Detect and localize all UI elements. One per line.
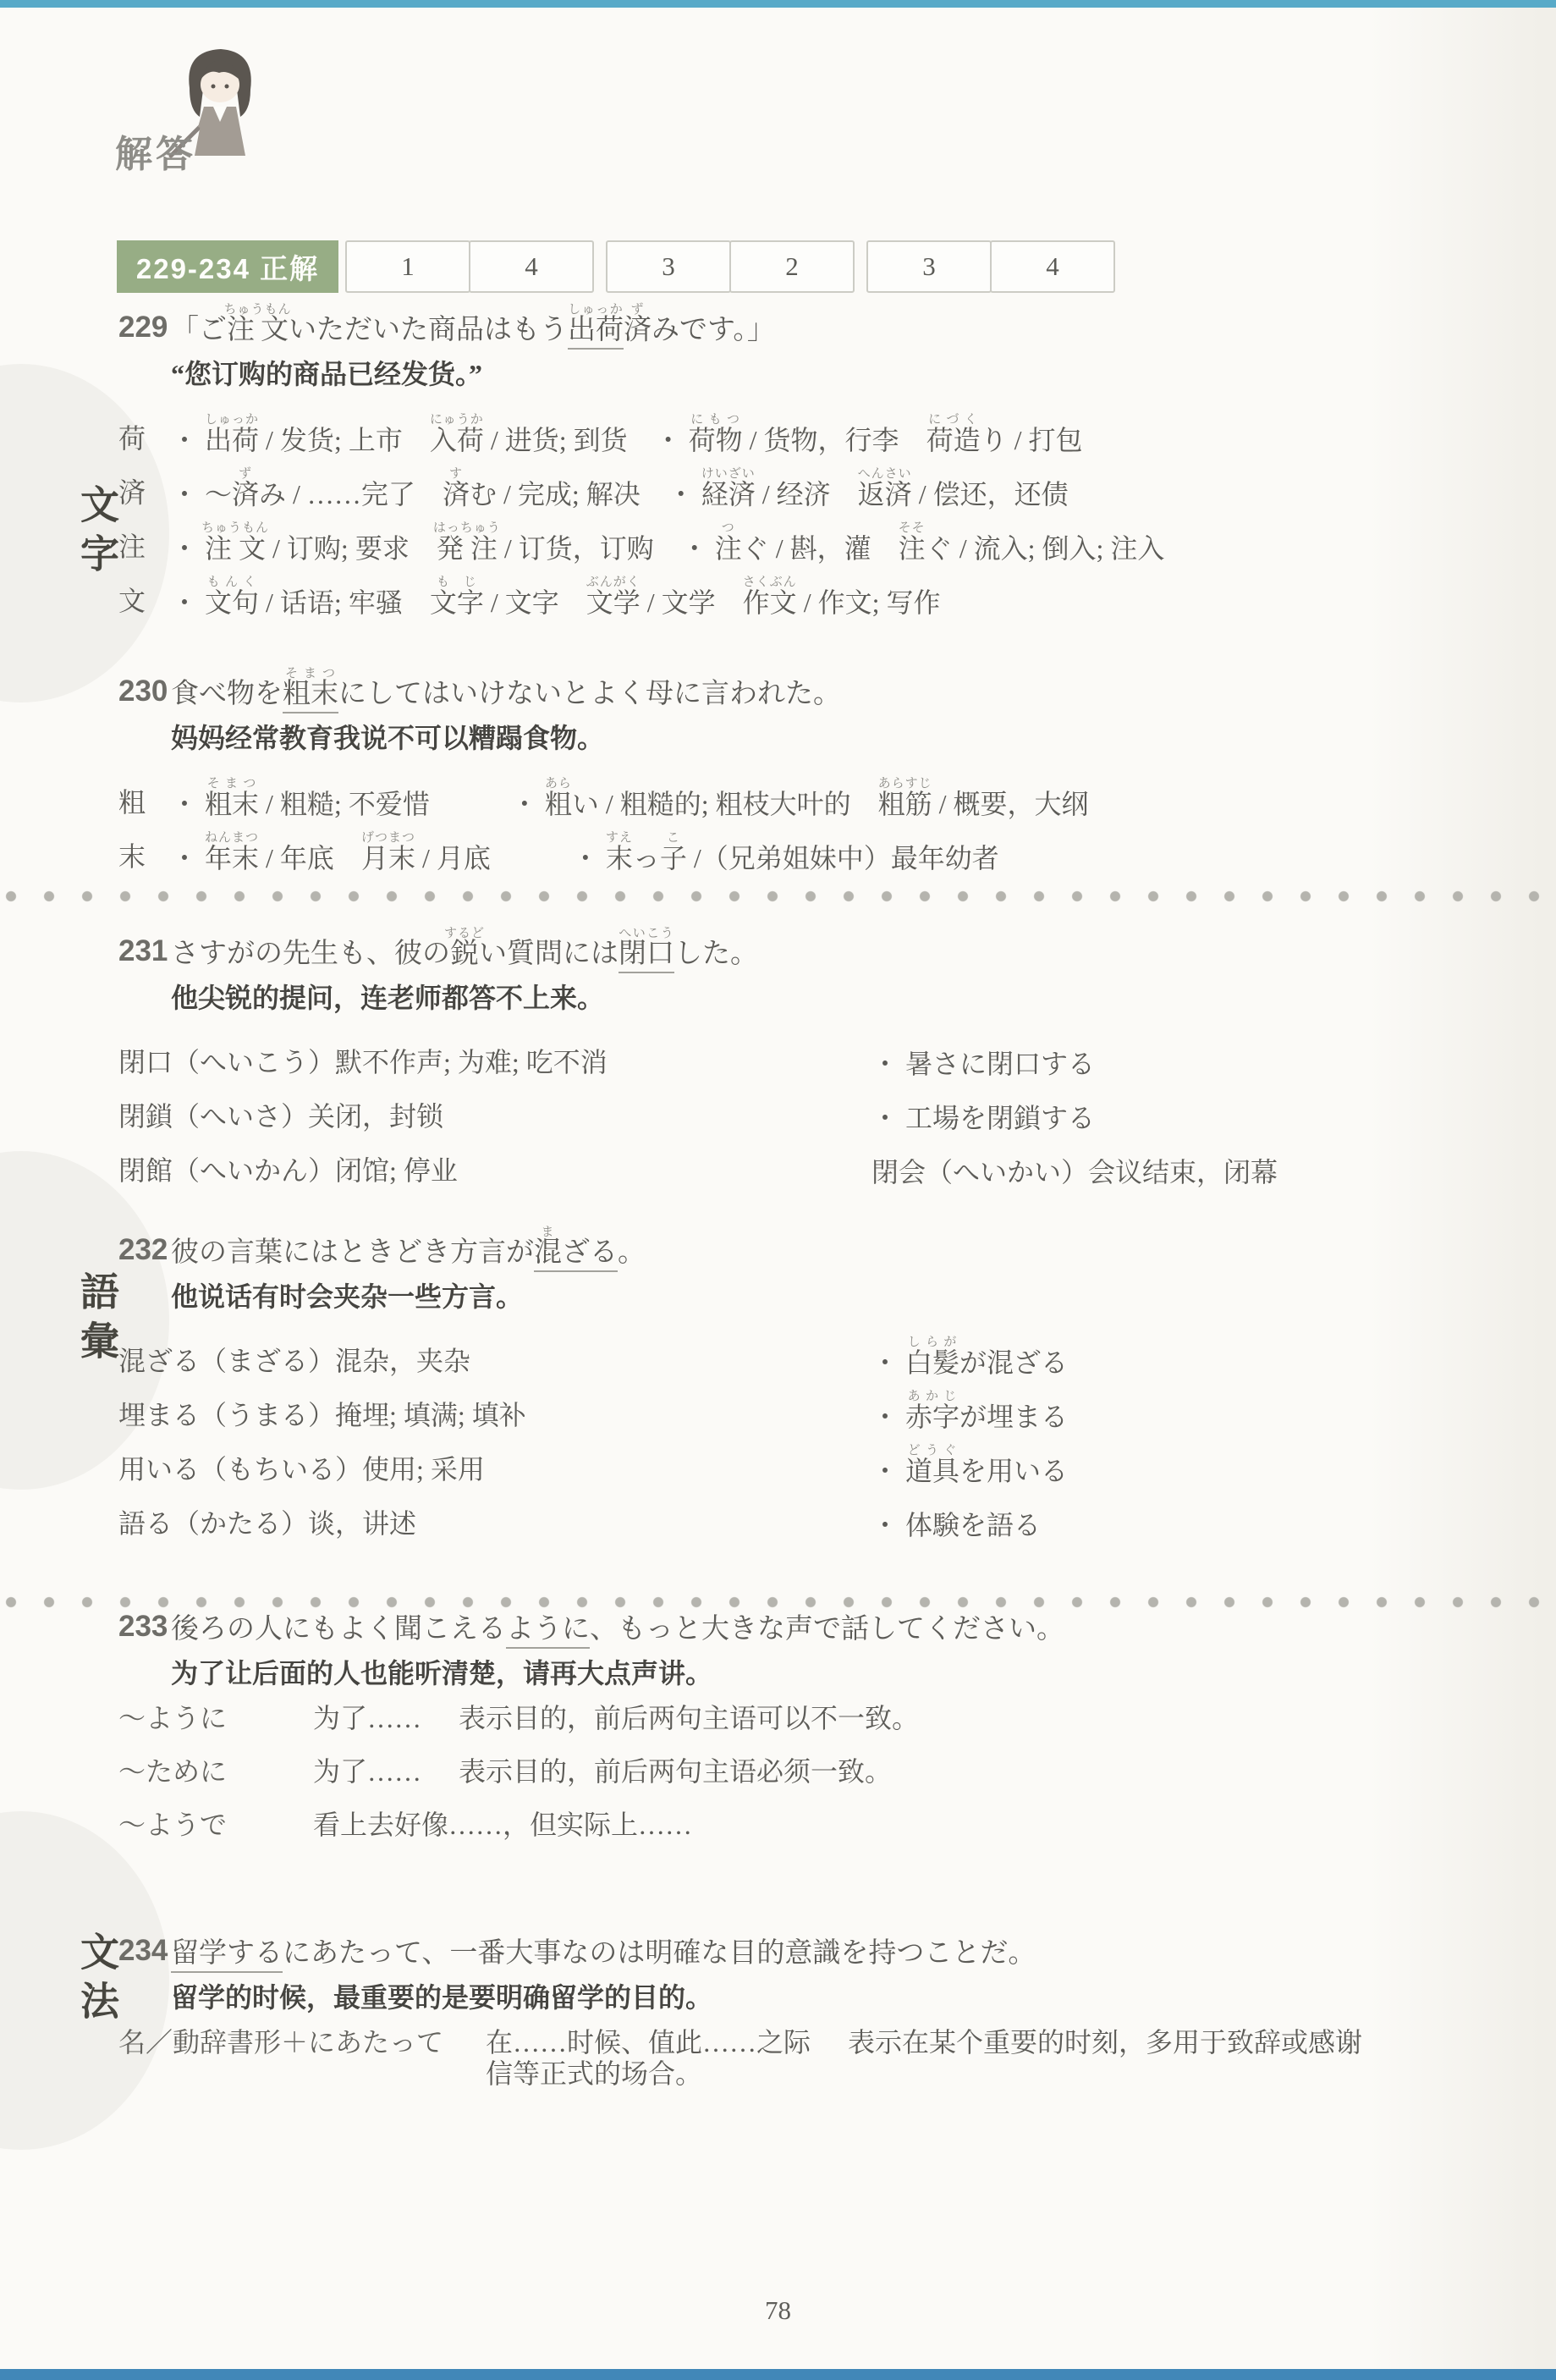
text-segment: / 货物，行李 bbox=[743, 425, 926, 455]
japanese-sentence: 食べ物を粗末そまつにしてはいけないとよく母に言われた。 bbox=[171, 667, 841, 711]
ruby-word: 混ま bbox=[534, 1237, 562, 1272]
explanation-body: 混ざる（まざる）混杂，夹杂・ 白髪しらがが混ざる埋まる（うまる）掩埋; 填满; … bbox=[118, 1326, 1464, 1541]
text-segment: が混ざる bbox=[959, 1347, 1068, 1378]
text-segment: / 年底 bbox=[259, 843, 361, 873]
grammar-meaning: 在……时候、值此……之际 bbox=[486, 2027, 811, 2058]
ruby-word: 末すえ bbox=[606, 843, 633, 873]
text-segment: 埋まる（うまる）掩埋; 填满; 填补 bbox=[118, 1400, 526, 1430]
ruby-word: 荷造にづく bbox=[926, 425, 981, 455]
vocab-example: ・ 工場を閉鎖する bbox=[871, 1103, 1464, 1134]
vocab-row: 語る（かたる）谈，讲述・ 体験を語る bbox=[118, 1489, 1464, 1541]
kanji-examples: ・ 注文ちゅうもん / 订购; 要求 発注はっちゅう / 订货，订购 ・ 注つぐ… bbox=[171, 521, 1464, 565]
text-segment: い質問には bbox=[479, 939, 619, 969]
question-head: 233後ろの人にもよく聞こえるように、もっと大きな声で話してください。 bbox=[118, 1610, 1464, 1646]
text-segment: / 订购; 要求 bbox=[266, 533, 437, 564]
answer-cell: 1 bbox=[345, 240, 470, 293]
text-segment: にしてはいけないとよく母に言われた。 bbox=[338, 679, 841, 709]
vocab-row: 混ざる（まざる）混杂，夹杂・ 白髪しらがが混ざる bbox=[118, 1326, 1464, 1379]
sidebar-tab-bunpo-label: 文法 bbox=[69, 1931, 125, 2030]
chinese-translation: 留学的时候，最重要的是要明确留学的目的。 bbox=[171, 1982, 1464, 2014]
answer-cell: 2 bbox=[729, 240, 855, 293]
vocab-definition: 埋まる（うまる）掩埋; 填满; 填补 bbox=[118, 1400, 871, 1433]
ruby-word: 発注はっちゅう bbox=[437, 533, 498, 564]
text-segment: いただいた商品はもう bbox=[289, 315, 568, 345]
question-number: 232 bbox=[118, 1233, 171, 1270]
kanji-examples: ・ 年末ねんまつ / 年底 月末げつまつ / 月底 ・ 末すえっ子こ /（兄弟姐… bbox=[171, 831, 1464, 874]
text-segment: ざる bbox=[562, 1237, 618, 1272]
vocab-example: ・ 白髪しらがが混ざる bbox=[871, 1336, 1464, 1379]
vocab-row: 用いる（もちいる）使用; 采用・ 道具どうぐを用いる bbox=[118, 1435, 1464, 1487]
text-segment: /（兄弟姐妹中）最年幼者 bbox=[687, 843, 999, 873]
grammar-meaning: 看上去好像……，但实际上…… bbox=[313, 1810, 692, 1840]
grammar-row: ～ように为了……表示目的，前后两句主语可以不一致。 bbox=[118, 1703, 1464, 1734]
grammar-pattern: ～ようで bbox=[118, 1810, 271, 1841]
ruby-word: 返済へんさい bbox=[858, 479, 912, 510]
ruby-word: 荷物にもつ bbox=[689, 425, 743, 455]
vocab-definition: 語る（かたる）谈，讲述 bbox=[118, 1508, 871, 1541]
ruby-word: 済ず bbox=[624, 315, 652, 345]
grammar-note: 表示目的，前后两句主语可以不一致。 bbox=[459, 1703, 919, 1733]
chinese-translation: “您订购的商品已经发货。” bbox=[171, 359, 1464, 390]
text-segment: ・ 工場を閉鎖する bbox=[871, 1103, 1095, 1133]
text-segment: ぐ / 斟，灌 bbox=[742, 533, 899, 564]
section-230: 230食べ物を粗末そまつにしてはいけないとよく母に言われた。妈妈经常教育我说不可… bbox=[118, 667, 1464, 876]
ruby-word: 粗末そまつ bbox=[205, 789, 259, 819]
ruby-word: 子こ bbox=[660, 843, 687, 873]
text-segment: / 经济 bbox=[756, 479, 858, 510]
grammar-note: 表示目的，前后两句主语必须一致。 bbox=[459, 1756, 892, 1787]
grammar-explanation: 为了……表示目的，前后两句主语可以不一致。 bbox=[313, 1703, 919, 1734]
sidebar-tab-moji-label: 文字 bbox=[69, 484, 125, 582]
explanation-body: 名／動辞書形＋にあたって在……时候、值此……之际表示在某个重要的时刻，多用于致辞… bbox=[118, 2027, 1464, 2090]
sidebar-tab-goi-label: 語彙 bbox=[69, 1271, 125, 1369]
text-segment: / 月底 ・ bbox=[415, 843, 606, 873]
kanji-row: 注・ 注文ちゅうもん / 订购; 要求 発注はっちゅう / 订货，订购 ・ 注つ… bbox=[118, 512, 1464, 565]
question-head: 234留学するにあたって、一番大事なのは明確な目的意識を持つことだ。 bbox=[118, 1934, 1464, 1970]
text-segment: っ bbox=[633, 843, 660, 873]
text-segment: / 文字 bbox=[484, 587, 586, 618]
text-segment: が埋まる bbox=[959, 1402, 1068, 1432]
text-segment: 後ろの人にもよく聞こえる bbox=[171, 1614, 506, 1645]
kanji-examples: ・ 文句もんく / 话语; 牢骚 文字もじ / 文字 文学ぶんがく / 文学 作… bbox=[171, 576, 1464, 619]
vocab-definition: 閉館（へいかん）闭馆; 停业 bbox=[118, 1155, 871, 1188]
text-segment: ・ 体験を語る bbox=[871, 1510, 1041, 1540]
page-number: 78 bbox=[0, 2295, 1556, 2326]
ruby-word: 月末げつまつ bbox=[361, 843, 415, 873]
ruby-word: 注文ちゅうもん bbox=[227, 315, 289, 345]
text-segment: / 偿还，还债 bbox=[912, 479, 1069, 510]
text-segment: 、もっと大きな声で話してください。 bbox=[590, 1614, 1064, 1645]
text-segment: い / 粗糙的; 粗枝大叶的 bbox=[572, 789, 878, 819]
text-segment: ・ bbox=[171, 789, 205, 819]
grammar-pattern: 名／動辞書形＋にあたって bbox=[118, 2027, 443, 2058]
ruby-word: 閉口へいこう bbox=[619, 939, 674, 973]
kanji-label: 末 bbox=[118, 841, 171, 874]
dotted-divider bbox=[5, 1596, 1551, 1608]
answer-cell: 4 bbox=[469, 240, 594, 293]
japanese-sentence: 「ご注文ちゅうもんいただいた商品はもう出荷しゅっか済ずみです。」 bbox=[171, 303, 775, 347]
grammar-explanation: 看上去好像……，但实际上…… bbox=[313, 1810, 729, 1841]
vocab-example: ・ 体験を語る bbox=[871, 1510, 1464, 1541]
ruby-word: 済ず bbox=[232, 479, 259, 510]
ruby-word: 粗あら bbox=[545, 789, 572, 819]
text-segment: 閉鎖（へいさ）关闭，封锁 bbox=[118, 1101, 443, 1132]
explanation-body: ～ように为了……表示目的，前后两句主语可以不一致。～ために为了……表示目的，前后… bbox=[118, 1703, 1464, 1840]
ruby-word: 注文ちゅうもん bbox=[205, 533, 266, 564]
chinese-translation: 为了让后面的人也能听清楚，请再大点声讲。 bbox=[171, 1658, 1464, 1689]
grammar-meaning: 为了…… bbox=[313, 1756, 421, 1787]
kanji-row: 文・ 文句もんく / 话语; 牢骚 文字もじ / 文字 文学ぶんがく / 文学 … bbox=[118, 566, 1464, 619]
kanji-row: 粗・ 粗末そまつ / 粗糙; 不爱惜 ・ 粗あらい / 粗糙的; 粗枝大叶的 粗… bbox=[118, 768, 1464, 820]
text-segment: ・ bbox=[871, 1347, 905, 1378]
vocab-example: ・ 暑さに閉口する bbox=[871, 1049, 1464, 1080]
text-segment: / 作文; 写作 bbox=[797, 587, 941, 618]
text-segment: 混ざる（まざる）混杂，夹杂 bbox=[118, 1346, 470, 1376]
answer-cell: 3 bbox=[866, 240, 992, 293]
grammar-explanation: 在……时候、值此……之际表示在某个重要的时刻，多用于致辞或感谢信等正式的场合。 bbox=[486, 2027, 1383, 2090]
answer-row: 229-234 正解 143234 bbox=[117, 240, 1115, 293]
ruby-word: 文句もんく bbox=[205, 587, 259, 618]
explanation-body: 粗・ 粗末そまつ / 粗糙; 不爱惜 ・ 粗あらい / 粗糙的; 粗枝大叶的 粗… bbox=[118, 768, 1464, 874]
text-segment: / 粗糙; 不爱惜 ・ bbox=[259, 789, 545, 819]
japanese-sentence: さすがの先生も、彼の鋭するどい質問には閉口へいこうした。 bbox=[171, 927, 758, 971]
text-segment: ・ bbox=[871, 1402, 905, 1432]
kanji-row: 末・ 年末ねんまつ / 年底 月末げつまつ / 月底 ・ 末すえっ子こ /（兄弟… bbox=[118, 822, 1464, 874]
grammar-explanation: 为了……表示目的，前后两句主语必须一致。 bbox=[313, 1756, 892, 1788]
text-segment: ように bbox=[506, 1614, 590, 1649]
vocab-row: 閉鎖（へいさ）关闭，封锁・ 工場を閉鎖する bbox=[118, 1082, 1464, 1134]
text-segment: ・ bbox=[171, 425, 205, 455]
grammar-row: 名／動辞書形＋にあたって在……时候、值此……之际表示在某个重要的时刻，多用于致辞… bbox=[118, 2027, 1464, 2090]
dotted-divider bbox=[5, 890, 1551, 902]
text-segment: した。 bbox=[674, 939, 758, 969]
japanese-sentence: 彼の言葉にはときどき方言が混まざる。 bbox=[171, 1226, 646, 1270]
text-segment: ぐ / 流入; 倒入; 注入 bbox=[926, 533, 1165, 564]
section-232: 232彼の言葉にはときどき方言が混まざる。他说话有时会夹杂一些方言。混ざる（まざ… bbox=[118, 1226, 1464, 1543]
text-segment: ・ 暑さに閉口する bbox=[871, 1049, 1095, 1079]
page-bottom-edge bbox=[0, 2369, 1556, 2380]
text-segment: 閉会（へいかい）会议结束，闭幕 bbox=[871, 1157, 1278, 1187]
question-number: 230 bbox=[118, 675, 171, 711]
text-segment: ・ bbox=[171, 587, 205, 618]
vocab-row: 閉口（へいこう）默不作声; 为难; 吃不消・ 暑さに閉口する bbox=[118, 1027, 1464, 1080]
ruby-word: 粗筋あらすじ bbox=[878, 789, 932, 819]
text-segment: ・ ～ bbox=[171, 479, 232, 510]
text-segment: 閉口（へいこう）默不作声; 为难; 吃不消 bbox=[118, 1047, 608, 1077]
text-segment: を用いる bbox=[959, 1456, 1068, 1486]
ruby-word: 鋭するど bbox=[450, 939, 479, 969]
ruby-word: 年末ねんまつ bbox=[205, 843, 259, 873]
vocab-example: ・ 赤字あかじが埋まる bbox=[871, 1390, 1464, 1433]
text-segment: 食べ物を bbox=[171, 679, 283, 709]
text-segment: / 文学 bbox=[641, 587, 743, 618]
text-segment: / 订货，订购 ・ bbox=[498, 533, 715, 564]
kanji-examples: ・ 粗末そまつ / 粗糙; 不爱惜 ・ 粗あらい / 粗糙的; 粗枝大叶的 粗筋… bbox=[171, 777, 1464, 820]
ruby-word: 注そそ bbox=[899, 533, 926, 564]
answer-cells: 143234 bbox=[345, 240, 1115, 293]
kanji-examples: ・ ～済ずみ / ……完了 済すむ / 完成; 解决 ・ 経済けいざい / 经济… bbox=[171, 467, 1464, 510]
text-segment: 「ご bbox=[171, 315, 227, 345]
japanese-sentence: 留学するにあたって、一番大事なのは明確な目的意識を持つことだ。 bbox=[171, 1938, 1036, 1970]
kanji-label: 注 bbox=[118, 532, 171, 565]
text-segment: / 概要，大纲 bbox=[932, 789, 1089, 819]
kanji-examples: ・ 出荷しゅっか / 发货; 上市 入荷にゅうか / 进货; 到货 ・ 荷物にも… bbox=[171, 413, 1464, 456]
chinese-translation: 妈妈经常教育我说不可以糟蹋食物。 bbox=[171, 723, 1464, 754]
text-segment: ・ bbox=[171, 533, 205, 564]
question-number: 229 bbox=[118, 311, 171, 347]
question-head: 229「ご注文ちゅうもんいただいた商品はもう出荷しゅっか済ずみです。」 bbox=[118, 303, 1464, 347]
grammar-pattern: ～ように bbox=[118, 1703, 271, 1734]
text-segment: 語る（かたる）谈，讲述 bbox=[118, 1508, 416, 1539]
text-segment: み / ……完了 bbox=[259, 479, 443, 510]
text-segment: 閉館（へいかん）闭馆; 停业 bbox=[118, 1155, 458, 1186]
ruby-word: 道具どうぐ bbox=[905, 1456, 959, 1486]
ruby-word: 出荷しゅっか bbox=[568, 315, 624, 350]
vocab-example: 閉会（へいかい）会议结束，闭幕 bbox=[871, 1157, 1464, 1188]
book-page: 文字 語彙 文法 解答 229-234 正解 143234 229「ご注文ちゅう… bbox=[0, 0, 1556, 2380]
question-number: 233 bbox=[118, 1610, 171, 1646]
text-segment: 留学する bbox=[171, 1938, 283, 1973]
vocab-definition: 混ざる（まざる）混杂，夹杂 bbox=[118, 1346, 871, 1379]
question-head: 230食べ物を粗末そまつにしてはいけないとよく母に言われた。 bbox=[118, 667, 1464, 711]
ruby-word: 済す bbox=[443, 479, 470, 510]
kanji-label: 粗 bbox=[118, 787, 171, 820]
text-segment: む / 完成; 解决 ・ bbox=[470, 479, 701, 510]
ruby-word: 出荷しゅっか bbox=[205, 425, 259, 455]
chinese-translation: 他说话有时会夹杂一些方言。 bbox=[171, 1281, 1464, 1313]
chinese-translation: 他尖锐的提问，连老师都答不上来。 bbox=[171, 983, 1464, 1014]
ruby-word: 文字もじ bbox=[430, 587, 484, 618]
vocab-row: 閉館（へいかん）闭馆; 停业閉会（へいかい）会议结束，闭幕 bbox=[118, 1136, 1464, 1188]
kanji-label: 荷 bbox=[118, 423, 171, 456]
explanation-body: 閉口（へいこう）默不作声; 为难; 吃不消・ 暑さに閉口する閉鎖（へいさ）关闭，… bbox=[118, 1027, 1464, 1188]
kanji-label: 文 bbox=[118, 586, 171, 619]
text-segment: 彼の言葉にはときどき方言が bbox=[171, 1237, 534, 1268]
ruby-word: 経済けいざい bbox=[701, 479, 756, 510]
kanji-label: 済 bbox=[118, 477, 171, 510]
grammar-row: ～ようで看上去好像……，但实际上…… bbox=[118, 1810, 1464, 1841]
ruby-word: 粗末そまつ bbox=[283, 679, 338, 713]
section-233: 233後ろの人にもよく聞こえるように、もっと大きな声で話してください。为了让后面… bbox=[118, 1610, 1464, 1862]
section-231: 231さすがの先生も、彼の鋭するどい質問には閉口へいこうした。他尖锐的提问，连老… bbox=[118, 927, 1464, 1190]
section-234: 234留学するにあたって、一番大事なのは明確な目的意識を持つことだ。留学的时候，… bbox=[118, 1934, 1464, 2112]
vocab-definition: 用いる（もちいる）使用; 采用 bbox=[118, 1454, 871, 1487]
vocab-example: ・ 道具どうぐを用いる bbox=[871, 1444, 1464, 1487]
question-number: 234 bbox=[118, 1934, 171, 1970]
ruby-word: 赤字あかじ bbox=[905, 1402, 959, 1432]
ruby-word: 文学ぶんがく bbox=[586, 587, 641, 618]
text-segment: にあたって、一番大事なのは明確な目的意識を持つことだ。 bbox=[283, 1938, 1036, 1969]
ruby-word: 注つ bbox=[715, 533, 742, 564]
grammar-meaning: 为了…… bbox=[313, 1703, 421, 1733]
text-segment: さすがの先生も、彼の bbox=[171, 939, 450, 969]
answer-cell: 4 bbox=[990, 240, 1115, 293]
text-segment: / 进货; 到货 ・ bbox=[484, 425, 689, 455]
kanji-row: 済・ ～済ずみ / ……完了 済すむ / 完成; 解决 ・ 経済けいざい / 经… bbox=[118, 458, 1464, 510]
text-segment: / 话语; 牢骚 bbox=[259, 587, 430, 618]
text-segment: ・ bbox=[171, 843, 205, 873]
grammar-row: ～ために为了……表示目的，前后两句主语必须一致。 bbox=[118, 1756, 1464, 1788]
answer-range-badge: 229-234 正解 bbox=[117, 240, 338, 293]
ruby-word: 入荷にゅうか bbox=[430, 425, 484, 455]
ruby-word: 白髪しらが bbox=[905, 1347, 959, 1378]
explanation-body: 荷・ 出荷しゅっか / 发货; 上市 入荷にゅうか / 进货; 到货 ・ 荷物に… bbox=[118, 404, 1464, 619]
text-segment: 用いる（もちいる）使用; 采用 bbox=[118, 1454, 485, 1485]
text-segment: り / 打包 bbox=[981, 425, 1083, 455]
ruby-word: 作文さくぶん bbox=[743, 587, 797, 618]
text-segment: みです。」 bbox=[652, 315, 775, 345]
answer-heading: 解答 bbox=[115, 124, 196, 178]
question-head: 231さすがの先生も、彼の鋭するどい質問には閉口へいこうした。 bbox=[118, 927, 1464, 971]
grammar-pattern: ～ために bbox=[118, 1756, 271, 1788]
vocab-row: 埋まる（うまる）掩埋; 填满; 填补・ 赤字あかじが埋まる bbox=[118, 1380, 1464, 1433]
vocab-definition: 閉口（へいこう）默不作声; 为难; 吃不消 bbox=[118, 1047, 871, 1080]
question-head: 232彼の言葉にはときどき方言が混まざる。 bbox=[118, 1226, 1464, 1270]
text-segment: 。 bbox=[618, 1237, 646, 1268]
page-top-edge bbox=[0, 0, 1556, 8]
kanji-row: 荷・ 出荷しゅっか / 发货; 上市 入荷にゅうか / 进货; 到货 ・ 荷物に… bbox=[118, 404, 1464, 456]
section-229: 229「ご注文ちゅうもんいただいた商品はもう出荷しゅっか済ずみです。」“您订购的… bbox=[118, 303, 1464, 620]
japanese-sentence: 後ろの人にもよく聞こえるように、もっと大きな声で話してください。 bbox=[171, 1614, 1064, 1646]
vocab-definition: 閉鎖（へいさ）关闭，封锁 bbox=[118, 1101, 871, 1134]
answer-cell: 3 bbox=[606, 240, 731, 293]
text-segment: / 发货; 上市 bbox=[259, 425, 430, 455]
text-segment: ・ bbox=[871, 1456, 905, 1486]
question-number: 231 bbox=[118, 934, 171, 971]
